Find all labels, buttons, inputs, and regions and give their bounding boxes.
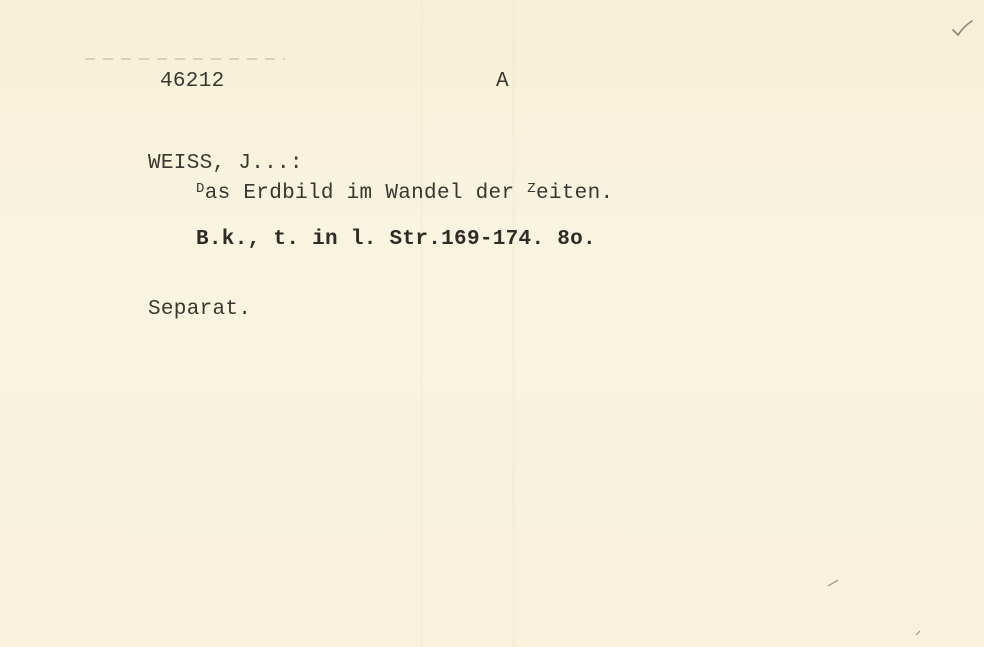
pencil-speck-icon xyxy=(914,629,922,637)
pencil-speck-icon xyxy=(826,578,840,588)
call-number: 46212 xyxy=(160,70,225,93)
check-mark-icon xyxy=(950,18,974,38)
title-initial: D xyxy=(196,181,205,197)
catalog-card: 46212 A WEISS, J...: Das Erdbild im Wand… xyxy=(0,0,984,647)
title-line: Das Erdbild im Wandel der Zeiten. xyxy=(196,181,613,205)
note-line: Separat. xyxy=(148,298,251,321)
collation-line: B.k., t. in l. Str.169-174. 8o. xyxy=(196,228,596,251)
faint-pencil-line xyxy=(85,58,285,60)
title-text-2: eiten. xyxy=(536,182,613,205)
shelf-letter: A xyxy=(496,70,509,93)
title-initial-2: Z xyxy=(527,181,536,197)
author-heading: WEISS, J...: xyxy=(148,152,303,175)
title-text: as Erdbild im Wandel der xyxy=(205,182,528,205)
